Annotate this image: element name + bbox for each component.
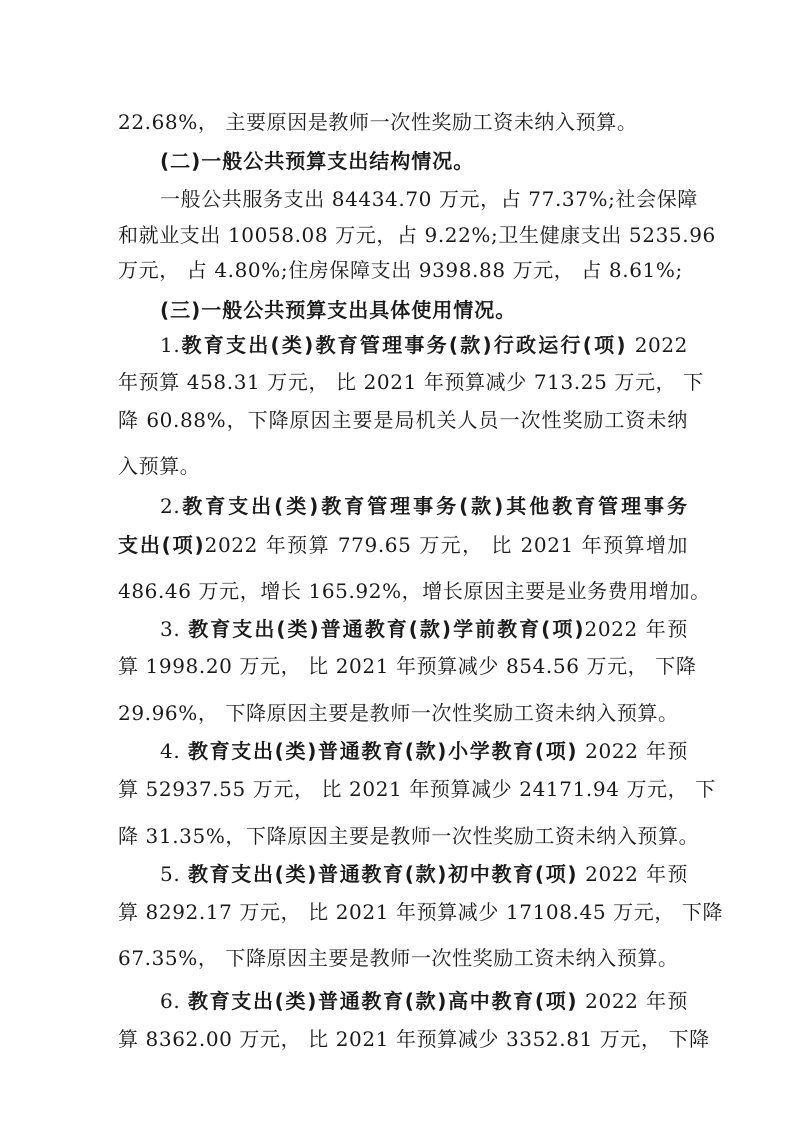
body-text: 一般公共服务支出 84434.70 万元，占 77.37%;社会保障 (160, 187, 698, 211)
body-text: 4. (160, 739, 188, 763)
body-text: 6. (160, 989, 188, 1013)
body-text: 2. (160, 494, 180, 518)
text-line: (二)一般公共预算支出结构情况。 (160, 147, 688, 175)
bold-heading-text: 教育支出(类)普通教育(款)高中教育(项) (188, 989, 578, 1013)
body-text: 22.68%， 主要原因是教师一次性奖励工资未纳入预算。 (118, 110, 637, 134)
bold-heading-text: 支出(项) (118, 533, 205, 557)
bold-heading-text: (三)一般公共预算支出具体使用情况。 (160, 298, 516, 322)
body-text: 3. (160, 617, 188, 641)
body-text: 2022 年预 (578, 862, 688, 886)
text-line: 6. 教育支出(类)普通教育(款)高中教育(项) 2022 年预 (160, 987, 688, 1015)
body-text: 2022 (627, 333, 689, 357)
text-line: 支出(项)2022 年预算 779.65 万元， 比 2021 年预算增加 (118, 531, 688, 559)
body-text: 2022 年预算 779.65 万元， 比 2021 年预算增加 (205, 533, 688, 557)
text-line: 入预算。 (118, 452, 688, 480)
text-line: 2.教育支出(类)教育管理事务(款)其他教育管理事务 (160, 492, 688, 520)
body-text: 算 1998.20 万元， 比 2021 年预算减少 854.56 万元， 下降 (118, 654, 696, 678)
text-line: 降 60.88%，下降原因主要是局机关人员一次性奖励工资未纳 (118, 406, 688, 434)
text-line: 486.46 万元，增长 165.92%，增长原因主要是业务费用增加。 (118, 577, 688, 605)
body-text: 算 52937.55 万元， 比 2021 年预算减少 24171.94 万元，… (118, 777, 716, 801)
body-text: 2022 年预 (585, 617, 689, 641)
text-line: 算 8362.00 万元， 比 2021 年预算减少 3352.81 万元， 下… (118, 1025, 688, 1053)
body-text: 降 31.35%，下降原因主要是教师一次性奖励工资未纳入预算。 (118, 824, 699, 848)
text-line: 5. 教育支出(类)普通教育(款)初中教育(项) 2022 年预 (160, 860, 688, 888)
text-line: 29.96%， 下降原因主要是教师一次性奖励工资未纳入预算。 (118, 699, 688, 727)
text-line: 67.35%， 下降原因主要是教师一次性奖励工资未纳入预算。 (118, 944, 688, 972)
body-text: 降 60.88%，下降原因主要是局机关人员一次性奖励工资未纳 (118, 408, 688, 432)
text-line: 一般公共服务支出 84434.70 万元，占 77.37%;社会保障 (160, 185, 688, 213)
body-text: 5. (160, 862, 188, 886)
text-line: (三)一般公共预算支出具体使用情况。 (160, 296, 688, 324)
text-line: 22.68%， 主要原因是教师一次性奖励工资未纳入预算。 (118, 108, 688, 136)
text-line: 1.教育支出(类)教育管理事务(款)行政运行(项) 2022 (160, 331, 688, 359)
body-text: 万元， 占 4.80%;住房保障支出 9398.88 万元， 占 8.61%; (118, 258, 683, 282)
bold-heading-text: 教育支出(类)普通教育(款)学前教育(项) (188, 617, 584, 641)
text-line: 算 52937.55 万元， 比 2021 年预算减少 24171.94 万元，… (118, 775, 688, 803)
body-text: 年预算 458.31 万元， 比 2021 年预算减少 713.25 万元， 下 (118, 370, 704, 394)
body-text: 入预算。 (118, 454, 200, 478)
text-line: 万元， 占 4.80%;住房保障支出 9398.88 万元， 占 8.61%; (118, 256, 688, 284)
text-line: 4. 教育支出(类)普通教育(款)小学教育(项) 2022 年预 (160, 737, 688, 765)
body-text: 2022 年预 (578, 989, 688, 1013)
body-text: 29.96%， 下降原因主要是教师一次性奖励工资未纳入预算。 (118, 701, 679, 725)
body-text: 算 8362.00 万元， 比 2021 年预算减少 3352.81 万元， 下… (118, 1027, 710, 1051)
body-text: 1. (160, 333, 180, 357)
bold-heading-text: 教育支出(类)教育管理事务(款)其他教育管理事务 (180, 494, 688, 518)
body-text: 486.46 万元，增长 165.92%，增长原因主要是业务费用增加。 (118, 579, 711, 603)
body-text: 2022 年预 (578, 739, 688, 763)
bold-heading-text: 教育支出(类)普通教育(款)小学教育(项) (188, 739, 578, 763)
body-text: 67.35%， 下降原因主要是教师一次性奖励工资未纳入预算。 (118, 946, 679, 970)
text-line: 算 8292.17 万元， 比 2021 年预算减少 17108.45 万元， … (118, 898, 688, 926)
text-line: 和就业支出 10058.08 万元，占 9.22%;卫生健康支出 5235.96 (118, 221, 688, 249)
bold-heading-text: 教育支出(类)普通教育(款)初中教育(项) (188, 862, 578, 886)
bold-heading-text: (二)一般公共预算支出结构情况。 (160, 149, 474, 173)
text-line: 降 31.35%，下降原因主要是教师一次性奖励工资未纳入预算。 (118, 822, 688, 850)
body-text: 和就业支出 10058.08 万元，占 9.22%;卫生健康支出 5235.96 (118, 223, 716, 247)
text-line: 3. 教育支出(类)普通教育(款)学前教育(项)2022 年预 (160, 615, 688, 643)
text-line: 算 1998.20 万元， 比 2021 年预算减少 854.56 万元， 下降 (118, 652, 688, 680)
text-line: 年预算 458.31 万元， 比 2021 年预算减少 713.25 万元， 下 (118, 368, 688, 396)
bold-heading-text: 教育支出(类)教育管理事务(款)行政运行(项) (180, 333, 626, 357)
body-text: 算 8292.17 万元， 比 2021 年预算减少 17108.45 万元， … (118, 900, 723, 924)
